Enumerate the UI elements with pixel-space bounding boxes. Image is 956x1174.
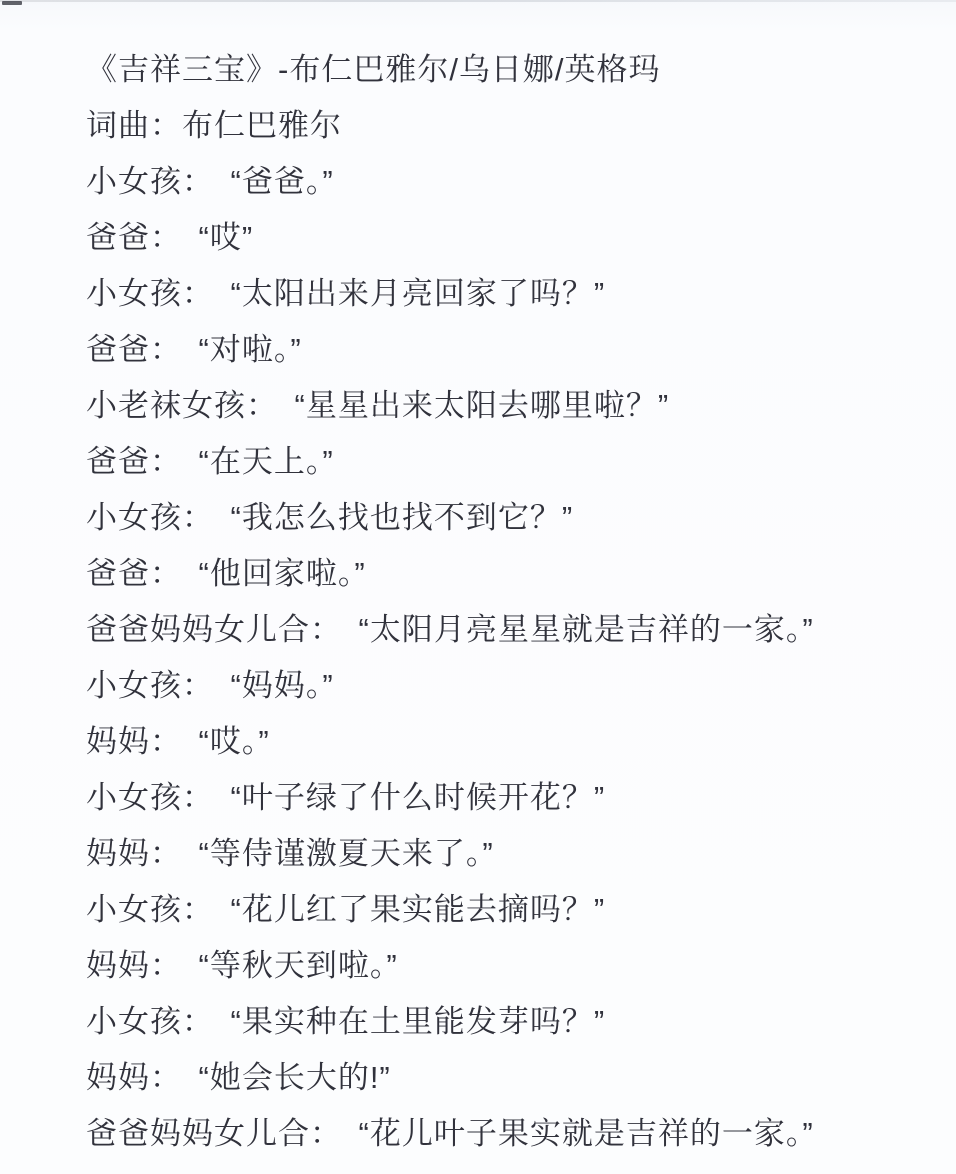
dialogue-line: 小女孩： “果实种在土里能发芽吗？”: [86, 994, 916, 1050]
dialogue-line: 妈妈： “等侍谨激夏天来了。”: [86, 826, 916, 882]
dialogue-line: 爸爸： “对啦。”: [86, 322, 916, 378]
dialogue-line: 小老袜女孩： “星星出来太阳去哪里啦？”: [86, 378, 916, 434]
dialogue-line: 小女孩： “叶子绿了什么时候开花？”: [86, 770, 916, 826]
dialogue-line: 小女孩： “我怎么找也找不到它？”: [86, 490, 916, 546]
dialogue-line: 爸爸： “在天上。”: [86, 434, 916, 490]
credit-line: 词曲：布仁巴雅尔: [86, 98, 916, 154]
dialogue-line: 小女孩： “爸爸。”: [86, 154, 916, 210]
dialogue-line: 妈妈： “等秋天到啦。”: [86, 938, 916, 994]
lyrics-page: 《吉祥三宝》-布仁巴雅尔/乌日娜/英格玛 词曲：布仁巴雅尔 小女孩： “爸爸。”…: [0, 0, 956, 1174]
dialogue-line: 爸爸： “他回家啦。”: [86, 546, 916, 602]
lyrics-text-block: 《吉祥三宝》-布仁巴雅尔/乌日娜/英格玛 词曲：布仁巴雅尔 小女孩： “爸爸。”…: [86, 42, 916, 1162]
dialogue-line: 爸爸妈妈女儿合： “太阳月亮星星就是吉祥的一家。”: [86, 602, 916, 658]
dialogue-line: 小女孩： “花儿红了果实能去摘吗？”: [86, 882, 916, 938]
dialogue-line: 爸爸妈妈女儿合： “花儿叶子果实就是吉祥的一家。”: [86, 1106, 916, 1162]
scan-artifact-top-line: [0, 0, 956, 2]
dialogue-line: 妈妈： “她会长大的!”: [86, 1050, 916, 1106]
scan-artifact-corner-mark: [2, 1, 22, 5]
dialogue-line: 妈妈： “哎。”: [86, 714, 916, 770]
dialogue-line: 小女孩： “妈妈。”: [86, 658, 916, 714]
dialogue-line: 爸爸： “哎”: [86, 210, 916, 266]
dialogue-line: 小女孩： “太阳出来月亮回家了吗？”: [86, 266, 916, 322]
song-title-line: 《吉祥三宝》-布仁巴雅尔/乌日娜/英格玛: [86, 42, 916, 98]
